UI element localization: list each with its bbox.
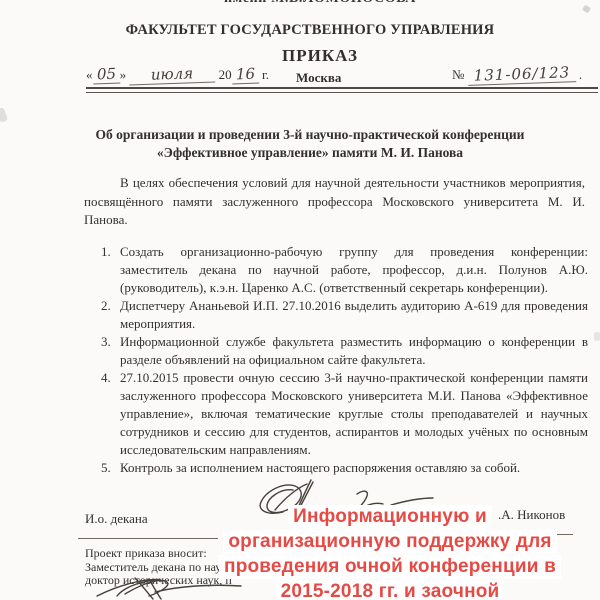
overlay-line-3: проведения очной конференции в bbox=[219, 555, 561, 579]
order-item-5: Контроль за исполнением настоящего распо… bbox=[101, 459, 588, 477]
subject-line-2: «Эффективное управление» памяти М. И. Па… bbox=[65, 144, 555, 162]
order-number-handwritten: 131-06/123 bbox=[467, 65, 576, 86]
order-subject: Об организации и проведении 3-й научно-п… bbox=[65, 126, 555, 162]
university-name: имени М.В.ЛОМОНОСОВА bbox=[20, 0, 600, 7]
order-number-line: № 131-06/123 . bbox=[452, 67, 582, 84]
faculty-name: ФАКУЛЬТЕТ ГОСУДАРСТВЕННОГО УПРАВЛЕНИЯ bbox=[15, 22, 600, 39]
date-day-handwritten: 05 bbox=[92, 67, 120, 85]
overlay-line-4: 2015-2018 гг. и заочной bbox=[276, 580, 505, 600]
city-label: Москва bbox=[296, 70, 341, 86]
acting-dean-label: И.о. декана bbox=[85, 511, 148, 527]
date-line: «05» июля 2016 г. bbox=[86, 67, 269, 84]
order-item-3: Информационной службе факультета размест… bbox=[101, 333, 588, 369]
date-year-suffix: г. bbox=[262, 67, 269, 82]
number-period: . bbox=[579, 67, 582, 82]
date-year-prefix: 20 bbox=[219, 67, 232, 82]
overlay-line-1: Информационную и bbox=[288, 505, 492, 529]
scan-smudge-artifact bbox=[594, 332, 600, 341]
document-type-title: ПРИКАЗ bbox=[20, 46, 600, 66]
intro-paragraph: В целях обеспечения условий для научной … bbox=[84, 174, 585, 230]
scanned-order-document: имени М.В.ЛОМОНОСОВА ФАКУЛЬТЕТ ГОСУДАРСТ… bbox=[0, 0, 600, 600]
overlay-line-2: организационную поддержку для bbox=[223, 530, 556, 554]
date-open-quote: « bbox=[86, 67, 93, 82]
order-items: Создать организационно-рабочую группу дл… bbox=[101, 243, 588, 477]
date-year-handwritten: 16 bbox=[231, 67, 259, 85]
order-item-4: 27.10.2015 провести очную сессию 3-й нау… bbox=[101, 369, 588, 459]
red-annotation-overlay: Информационную и организационную поддерж… bbox=[185, 505, 595, 600]
date-close-quote: » bbox=[120, 67, 127, 82]
subject-line-1: Об организации и проведении 3-й научно-п… bbox=[65, 126, 555, 144]
scan-smudge-artifact bbox=[0, 107, 8, 123]
order-item-2: Диспетчеру Ананьевой И.П. 27.10.2016 выд… bbox=[101, 297, 588, 333]
date-month-handwritten: июля bbox=[129, 66, 216, 86]
number-sign: № bbox=[452, 67, 464, 82]
order-item-1: Создать организационно-рабочую группу дл… bbox=[101, 243, 588, 297]
header-divider-rule bbox=[86, 87, 598, 93]
